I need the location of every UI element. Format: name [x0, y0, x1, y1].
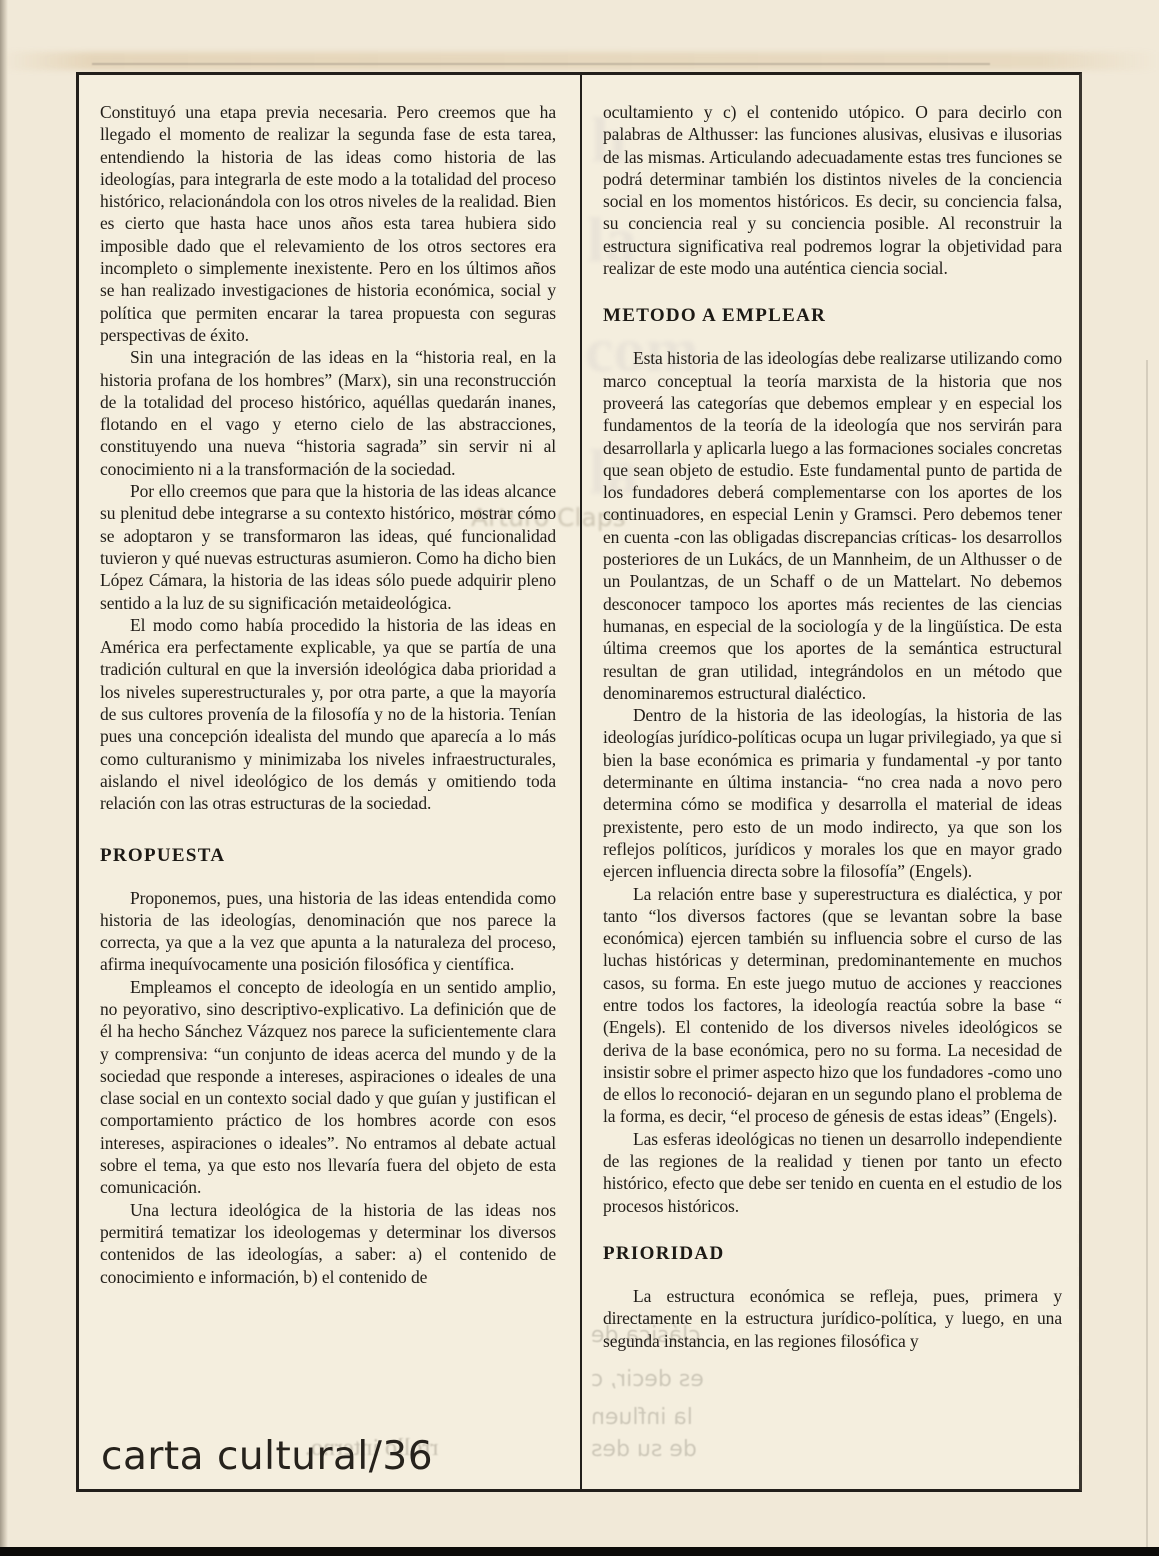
scanned-page: h la com la Arturo Claps clásica de es d…	[0, 0, 1159, 1556]
paragraph: Proponemos, pues, una historia de las id…	[100, 887, 556, 976]
heading-metodo-a-emplear: METODO A EMPLEAR	[603, 305, 1062, 327]
page-frame: h la com la Arturo Claps clásica de es d…	[76, 72, 1082, 1492]
paragraph: El modo como había procedido la historia…	[100, 614, 556, 815]
magazine-footer-logo: carta cultural/36	[101, 1434, 433, 1479]
scan-bottom-edge	[0, 1547, 1159, 1556]
adjacent-page-edge-line	[1146, 360, 1148, 1556]
heading-propuesta: PROPUESTA	[100, 845, 556, 867]
paragraph: Empleamos el concepto de ideología en un…	[100, 976, 556, 1199]
paragraph: La relación entre base y superestructura…	[603, 883, 1062, 1128]
page-left-edge-shadow	[0, 0, 8, 1556]
paragraph: ocultamiento y c) el contenido utópico. …	[603, 101, 1062, 279]
right-column: ocultamiento y c) el contenido utópico. …	[582, 75, 1079, 1489]
paragraph: Dentro de la historia de las ideologías,…	[603, 704, 1062, 882]
left-column: Constituyó una etapa previa necesaria. P…	[79, 75, 580, 1489]
paragraph: La estructura económica se refleja, pues…	[603, 1285, 1062, 1352]
paragraph: Sin una integración de las ideas en la “…	[100, 346, 556, 480]
paragraph: Constituyó una etapa previa necesaria. P…	[100, 101, 556, 346]
paragraph: Esta historia de las ideologías debe rea…	[603, 347, 1062, 704]
paragraph: Por ello creemos que para que la histori…	[100, 480, 556, 614]
scan-double-edge-line	[92, 63, 990, 65]
paragraph: Las esferas ideológicas no tienen un des…	[603, 1128, 1062, 1217]
paper-stain	[0, 52, 1159, 70]
paragraph: Una lectura ideológica de la historia de…	[100, 1199, 556, 1288]
heading-prioridad: PRIORIDAD	[603, 1243, 1062, 1265]
